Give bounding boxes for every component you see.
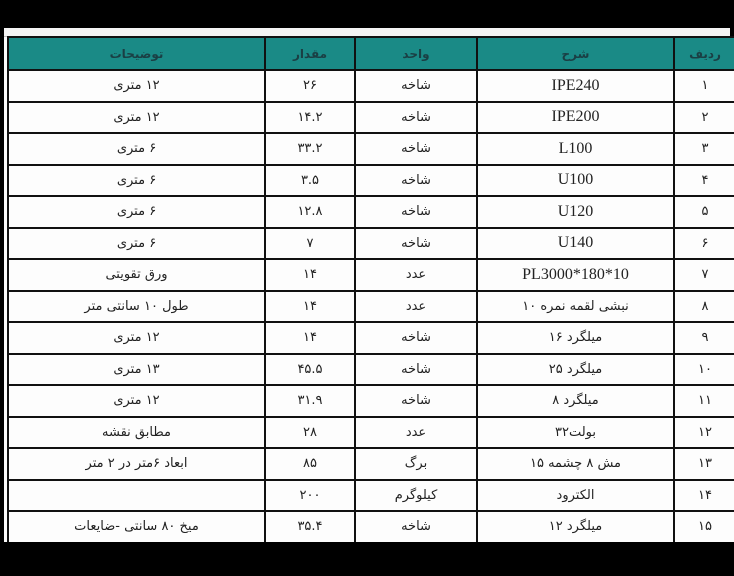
cell-notes: ۶ متری (8, 165, 265, 197)
cell-description: بولت۳۲ (477, 417, 674, 449)
table-row: ۶U140شاخه۷۶ متری (8, 228, 734, 260)
cell-notes: ۱۲ متری (8, 102, 265, 134)
cell-unit: شاخه (355, 133, 477, 165)
cell-row-number: ۱۵ (674, 511, 734, 543)
header-unit: واحد (355, 37, 477, 70)
cell-description: L100 (477, 133, 674, 165)
cell-row-number: ۶ (674, 228, 734, 260)
materials-table: ردیف شرح واحد مقدار توضیحات ۱IPE240شاخه۲… (7, 36, 734, 544)
cell-row-number: ۴ (674, 165, 734, 197)
cell-description: U120 (477, 196, 674, 228)
table-row: ۱۲بولت۳۲عدد۲۸مطابق نقشه (8, 417, 734, 449)
cell-description: IPE200 (477, 102, 674, 134)
table-row: ۹میلگرد ۱۶شاخه۱۴۱۲ متری (8, 322, 734, 354)
cell-quantity: ۲۸ (265, 417, 355, 449)
cell-row-number: ۳ (674, 133, 734, 165)
cell-description: میلگرد ۲۵ (477, 354, 674, 386)
cell-description: نبشی لقمه نمره ۱۰ (477, 291, 674, 323)
header-row-number: ردیف (674, 37, 734, 70)
cell-notes: ۱۲ متری (8, 70, 265, 102)
table-row: ۷PL3000*180*10عدد۱۴ورق تقویتی (8, 259, 734, 291)
cell-unit: شاخه (355, 322, 477, 354)
cell-unit: عدد (355, 417, 477, 449)
cell-notes (8, 480, 265, 512)
table-row: ۳L100شاخه۳۳.۲۶ متری (8, 133, 734, 165)
header-notes: توضیحات (8, 37, 265, 70)
cell-unit: شاخه (355, 70, 477, 102)
cell-unit: شاخه (355, 511, 477, 543)
cell-notes: ۶ متری (8, 133, 265, 165)
cell-quantity: ۱۴.۲ (265, 102, 355, 134)
cell-row-number: ۱۲ (674, 417, 734, 449)
cell-row-number: ۸ (674, 291, 734, 323)
cell-notes: ۶ متری (8, 228, 265, 260)
table-row: ۱۳مش ۸ چشمه ۱۵برگ۸۵ابعاد ۶متر در ۲ متر (8, 448, 734, 480)
black-frame-bottom (0, 542, 734, 576)
cell-description: الکترود (477, 480, 674, 512)
cell-unit: شاخه (355, 385, 477, 417)
cell-description: میلگرد ۱۲ (477, 511, 674, 543)
cell-quantity: ۱۴ (265, 259, 355, 291)
cell-row-number: ۹ (674, 322, 734, 354)
cell-notes: مطابق نقشه (8, 417, 265, 449)
cell-description: U100 (477, 165, 674, 197)
cell-row-number: ۵ (674, 196, 734, 228)
cell-quantity: ۳.۵ (265, 165, 355, 197)
table-row: ۱۴الکترودکیلوگرم۲۰۰ (8, 480, 734, 512)
cell-notes: ابعاد ۶متر در ۲ متر (8, 448, 265, 480)
cell-notes: ۱۲ متری (8, 322, 265, 354)
table-row: ۱۵میلگرد ۱۲شاخه۳۵.۴میخ ۸۰ سانتی -ضایعات (8, 511, 734, 543)
cell-notes: طول ۱۰ سانتی متر (8, 291, 265, 323)
cell-row-number: ۱۳ (674, 448, 734, 480)
cell-description: مش ۸ چشمه ۱۵ (477, 448, 674, 480)
header-description: شرح (477, 37, 674, 70)
cell-description: IPE240 (477, 70, 674, 102)
cell-row-number: ۱۱ (674, 385, 734, 417)
cell-description: میلگرد ۸ (477, 385, 674, 417)
cell-quantity: ۲۰۰ (265, 480, 355, 512)
spreadsheet-page: ردیف شرح واحد مقدار توضیحات ۱IPE240شاخه۲… (4, 28, 730, 542)
cell-quantity: ۴۵.۵ (265, 354, 355, 386)
table-row: ۴U100شاخه۳.۵۶ متری (8, 165, 734, 197)
cell-row-number: ۲ (674, 102, 734, 134)
cell-quantity: ۲۶ (265, 70, 355, 102)
cell-description: PL3000*180*10 (477, 259, 674, 291)
cell-unit: شاخه (355, 354, 477, 386)
cell-row-number: ۱۰ (674, 354, 734, 386)
cell-unit: شاخه (355, 196, 477, 228)
cell-quantity: ۳۳.۲ (265, 133, 355, 165)
cell-description: میلگرد ۱۶ (477, 322, 674, 354)
cell-row-number: ۱ (674, 70, 734, 102)
table-row: ۸نبشی لقمه نمره ۱۰عدد۱۴طول ۱۰ سانتی متر (8, 291, 734, 323)
cell-unit: شاخه (355, 228, 477, 260)
cell-row-number: ۷ (674, 259, 734, 291)
cell-unit: کیلوگرم (355, 480, 477, 512)
header-quantity: مقدار (265, 37, 355, 70)
table-header-row: ردیف شرح واحد مقدار توضیحات (8, 37, 734, 70)
cell-description: U140 (477, 228, 674, 260)
cell-row-number: ۱۴ (674, 480, 734, 512)
cell-unit: شاخه (355, 102, 477, 134)
cell-quantity: ۸۵ (265, 448, 355, 480)
table-row: ۱IPE240شاخه۲۶۱۲ متری (8, 70, 734, 102)
table-row: ۱۰میلگرد ۲۵شاخه۴۵.۵۱۳ متری (8, 354, 734, 386)
table-row: ۲IPE200شاخه۱۴.۲۱۲ متری (8, 102, 734, 134)
cell-notes: ۱۳ متری (8, 354, 265, 386)
cell-unit: شاخه (355, 165, 477, 197)
cell-unit: عدد (355, 291, 477, 323)
cell-unit: عدد (355, 259, 477, 291)
cell-quantity: ۱۴ (265, 291, 355, 323)
table-row: ۱۱میلگرد ۸شاخه۳۱.۹۱۲ متری (8, 385, 734, 417)
cell-notes: ۶ متری (8, 196, 265, 228)
cell-quantity: ۱۲.۸ (265, 196, 355, 228)
cell-notes: ۱۲ متری (8, 385, 265, 417)
cell-notes: ورق تقویتی (8, 259, 265, 291)
cell-unit: برگ (355, 448, 477, 480)
cell-notes: میخ ۸۰ سانتی -ضایعات (8, 511, 265, 543)
cell-quantity: ۷ (265, 228, 355, 260)
table-row: ۵U120شاخه۱۲.۸۶ متری (8, 196, 734, 228)
cell-quantity: ۳۵.۴ (265, 511, 355, 543)
cell-quantity: ۳۱.۹ (265, 385, 355, 417)
cell-quantity: ۱۴ (265, 322, 355, 354)
